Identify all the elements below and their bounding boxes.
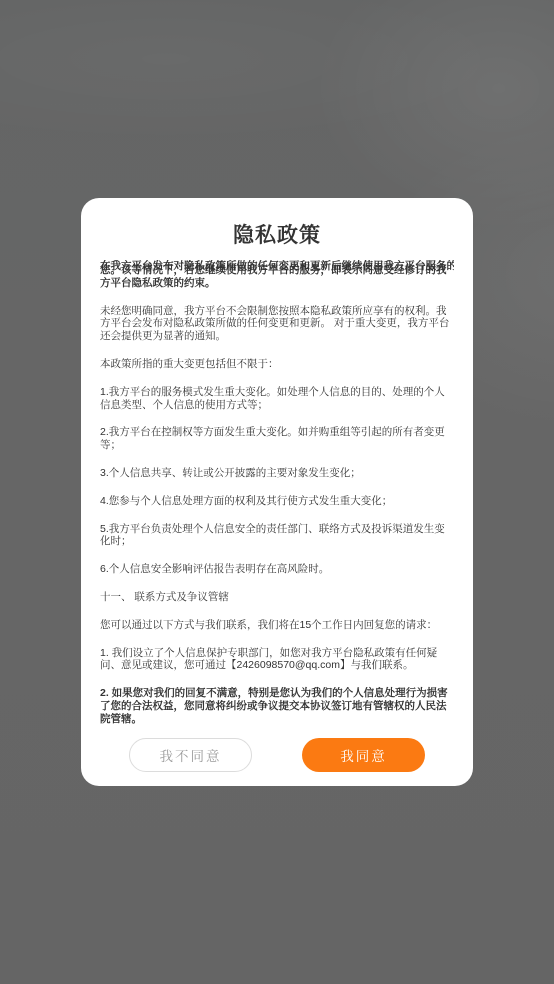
- modal-title: 隐私政策: [81, 223, 473, 249]
- policy-paragraph: 1. 我们设立了个人信息保护专职部门，如您对我方平台隐私政策有任何疑问、意见或建…: [100, 647, 454, 673]
- disagree-button[interactable]: 我不同意: [129, 738, 252, 772]
- policy-paragraph: 2. 如果您对我们的回复不满意，特别是您认为我们的个人信息处理行为损害了您的合法…: [100, 687, 454, 725]
- policy-paragraph: 您可以通过以下方式与我们联系，我们将在15个工作日内回复您的请求：: [100, 619, 454, 632]
- policy-list-item: 4.您参与个人信息处理方面的权利及其行使方式发生重大变化；: [100, 495, 454, 508]
- policy-list-item: 2.我方平台在控制权等方面发生重大变化。如并购重组等引起的所有者变更等；: [100, 426, 454, 452]
- policy-list-item: 3.个人信息共享、转让或公开披露的主要对象发生变化；: [100, 467, 454, 480]
- policy-paragraph: 本政策所指的重大变更包括但不限于：: [100, 358, 454, 371]
- policy-list-item: 6.个人信息安全影响评估报告表明存在高风险时。: [100, 563, 454, 576]
- policy-list-item: 1.我方平台的服务模式发生重大变化。如处理个人信息的目的、处理的个人信息类型、个…: [100, 386, 454, 412]
- modal-button-row: 我不同意 我同意: [81, 738, 473, 786]
- policy-paragraph: 未经您明确同意，我方平台不会限制您按照本隐私政策所应享有的权利。我方平台会发布对…: [100, 305, 454, 343]
- privacy-policy-modal: 隐私政策 您。该等情况下，若您继续使用我方平台的服务，即表示同意受经修订的我方平…: [81, 198, 473, 786]
- agree-button[interactable]: 我同意: [302, 738, 425, 772]
- overlapping-ghost-text-line: 在我方平台发布对隐私政策所做的任何变更和更新后继续使用我方平台服务的情况: [100, 260, 454, 273]
- policy-content-scroll-area[interactable]: 您。该等情况下，若您继续使用我方平台的服务，即表示同意受经修订的我方平台隐私政策…: [81, 249, 473, 738]
- policy-paragraph-overlap: 您。该等情况下，若您继续使用我方平台的服务，即表示同意受经修订的我方平台隐私政策…: [100, 264, 454, 290]
- policy-section-heading: 十一、 联系方式及争议管辖: [100, 591, 454, 604]
- policy-list-item: 5.我方平台负责处理个人信息安全的责任部门、联络方式及投诉渠道发生变化时；: [100, 523, 454, 549]
